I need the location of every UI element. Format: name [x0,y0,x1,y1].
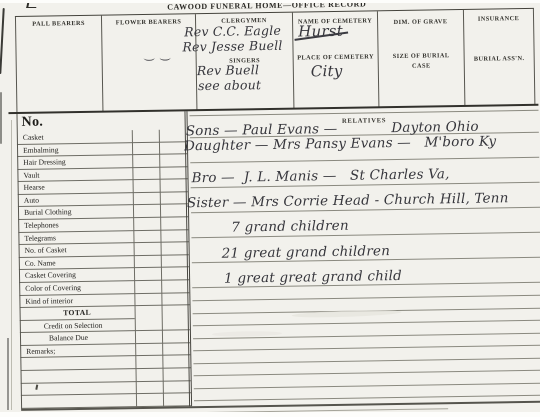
grave-dim-label: DIM. OF GRAVE [378,10,463,26]
rule-line [194,395,540,401]
rule-line [193,320,540,326]
page-edge-shadow [11,120,12,410]
handwriting-relative-7: 1 great great grand child [224,268,402,287]
rule-line [194,382,540,388]
scanner-margin [0,412,540,417]
grave-dim-cell: DIM. OF GRAVE SIZE OF BURIAL CASE [378,10,465,107]
torn-edge-mark [7,338,9,410]
insurance-label: INSURANCE [464,9,533,23]
scanner-margin [0,0,540,3]
handwriting-clergyman-2: Rev Jesse Buell [182,38,282,55]
pall-bearers-cell: PALL BEARERS [16,16,103,113]
burial-assn-label: BURIAL ASS'N. [465,55,534,63]
flower-bearers-cell: FLOWER BEARERS [102,14,197,111]
handwriting-singer-1: Rev Buell [197,62,260,78]
handwriting-relative-6: 21 great grand children [222,243,391,262]
form-page: CAWOOD FUNERAL HOME—OFFICE RECORD PALL B… [0,0,540,417]
burial-case-size-label: SIZE OF BURIAL CASE [379,51,464,72]
no-label: No. [21,115,43,131]
cemetery-place-label: PLACE OF CEMETERY [294,53,378,61]
rule-line [193,345,540,351]
scanned-funeral-record: CAWOOD FUNERAL HOME—OFFICE RECORD PALL B… [0,0,540,417]
rule-line [192,295,540,301]
cost-ledger: Casket Embalming Hair Dressing Vault Hea… [17,129,191,408]
rule-line [190,157,539,163]
handwriting-cemetery-place: City [311,62,343,80]
handwriting-clergyman-1: Rev C.C. Eagle [184,23,281,40]
handwriting-relative-5: 7 grand children [231,218,349,236]
torn-edge-mark [0,92,2,144]
handwriting-singer-2: see about [198,77,261,93]
rule-line [193,357,540,363]
pall-bearers-label: PALL BEARERS [16,16,101,28]
flower-bearers-label: FLOWER BEARERS [102,14,195,26]
rule-line [194,370,540,376]
insurance-cell: INSURANCE BURIAL ASS'N. [464,9,534,106]
